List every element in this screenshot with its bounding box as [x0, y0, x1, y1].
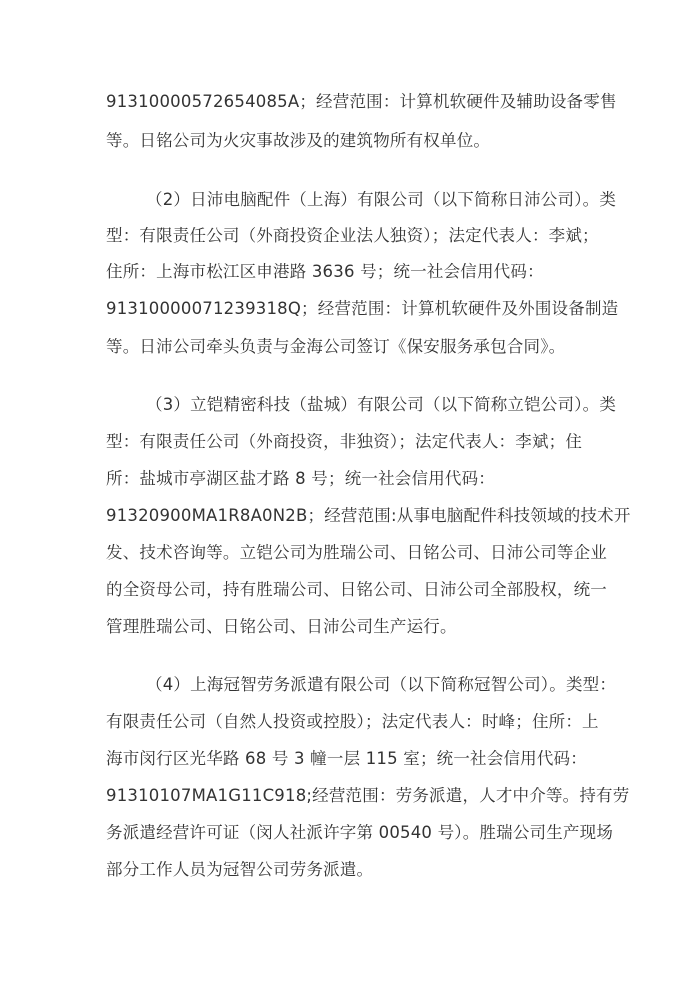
- text-line: 发、技术咨询等。立铠公司为胜瑞公司、日铭公司、日沛公司等企业: [106, 541, 596, 565]
- document-page: 91310000572654085A；经营范围：计算机软硬件及辅助设备零售 等。…: [0, 0, 700, 990]
- text-line: 的全资母公司，持有胜瑞公司、日铭公司、日沛公司全部股权，统一: [106, 578, 596, 602]
- text-line: 管理胜瑞公司、日铭公司、日沛公司生产运行。: [106, 615, 596, 639]
- text-line: （2）日沛电脑配件（上海）有限公司（以下简称日沛公司）。类: [146, 188, 636, 212]
- text-line: （4）上海冠智劳务派遣有限公司（以下简称冠智公司）。类型：: [146, 673, 636, 697]
- text-line: （3）立铠精密科技（盐城）有限公司（以下简称立铠公司）。类: [146, 393, 636, 417]
- text-line: 型：有限责任公司（外商投资，非独资）；法定代表人：李斌；住: [106, 430, 596, 454]
- text-line: 有限责任公司（自然人投资或控股）；法定代表人：时峰；住所：上: [106, 710, 596, 734]
- text-line: 所：盐城市亭湖区盐才路 8 号；统一社会信用代码：: [106, 467, 596, 491]
- text-line: 住所：上海市松江区申港路 3636 号；统一社会信用代码：: [106, 260, 596, 284]
- text-line: 型：有限责任公司（外商投资企业法人独资）；法定代表人：李斌；: [106, 224, 596, 248]
- text-line: 部分工作人员为冠智公司劳务派遣。: [106, 858, 596, 882]
- text-line: 等。日铭公司为火灾事故涉及的建筑物所有权单位。: [106, 129, 596, 153]
- text-line: 海市闵行区光华路 68 号 3 幢一层 115 室；统一社会信用代码：: [106, 747, 596, 771]
- text-line: 等。日沛公司牵头负责与金海公司签订《保安服务承包合同》。: [106, 335, 596, 359]
- text-line: 91310000572654085A；经营范围：计算机软硬件及辅助设备零售: [106, 90, 596, 114]
- text-line: 91310000071239318Q；经营范围：计算机软硬件及外围设备制造: [106, 297, 596, 321]
- text-line: 91310107MA1G11C918;经营范围：劳务派遣，人才中介等。持有劳: [106, 784, 596, 808]
- text-line: 91320900MA1R8A0N2B；经营范围:从事电脑配件科技领域的技术开: [106, 504, 596, 528]
- text-line: 务派遣经营许可证（闵人社派许字第 00540 号）。胜瑞公司生产现场: [106, 821, 596, 845]
